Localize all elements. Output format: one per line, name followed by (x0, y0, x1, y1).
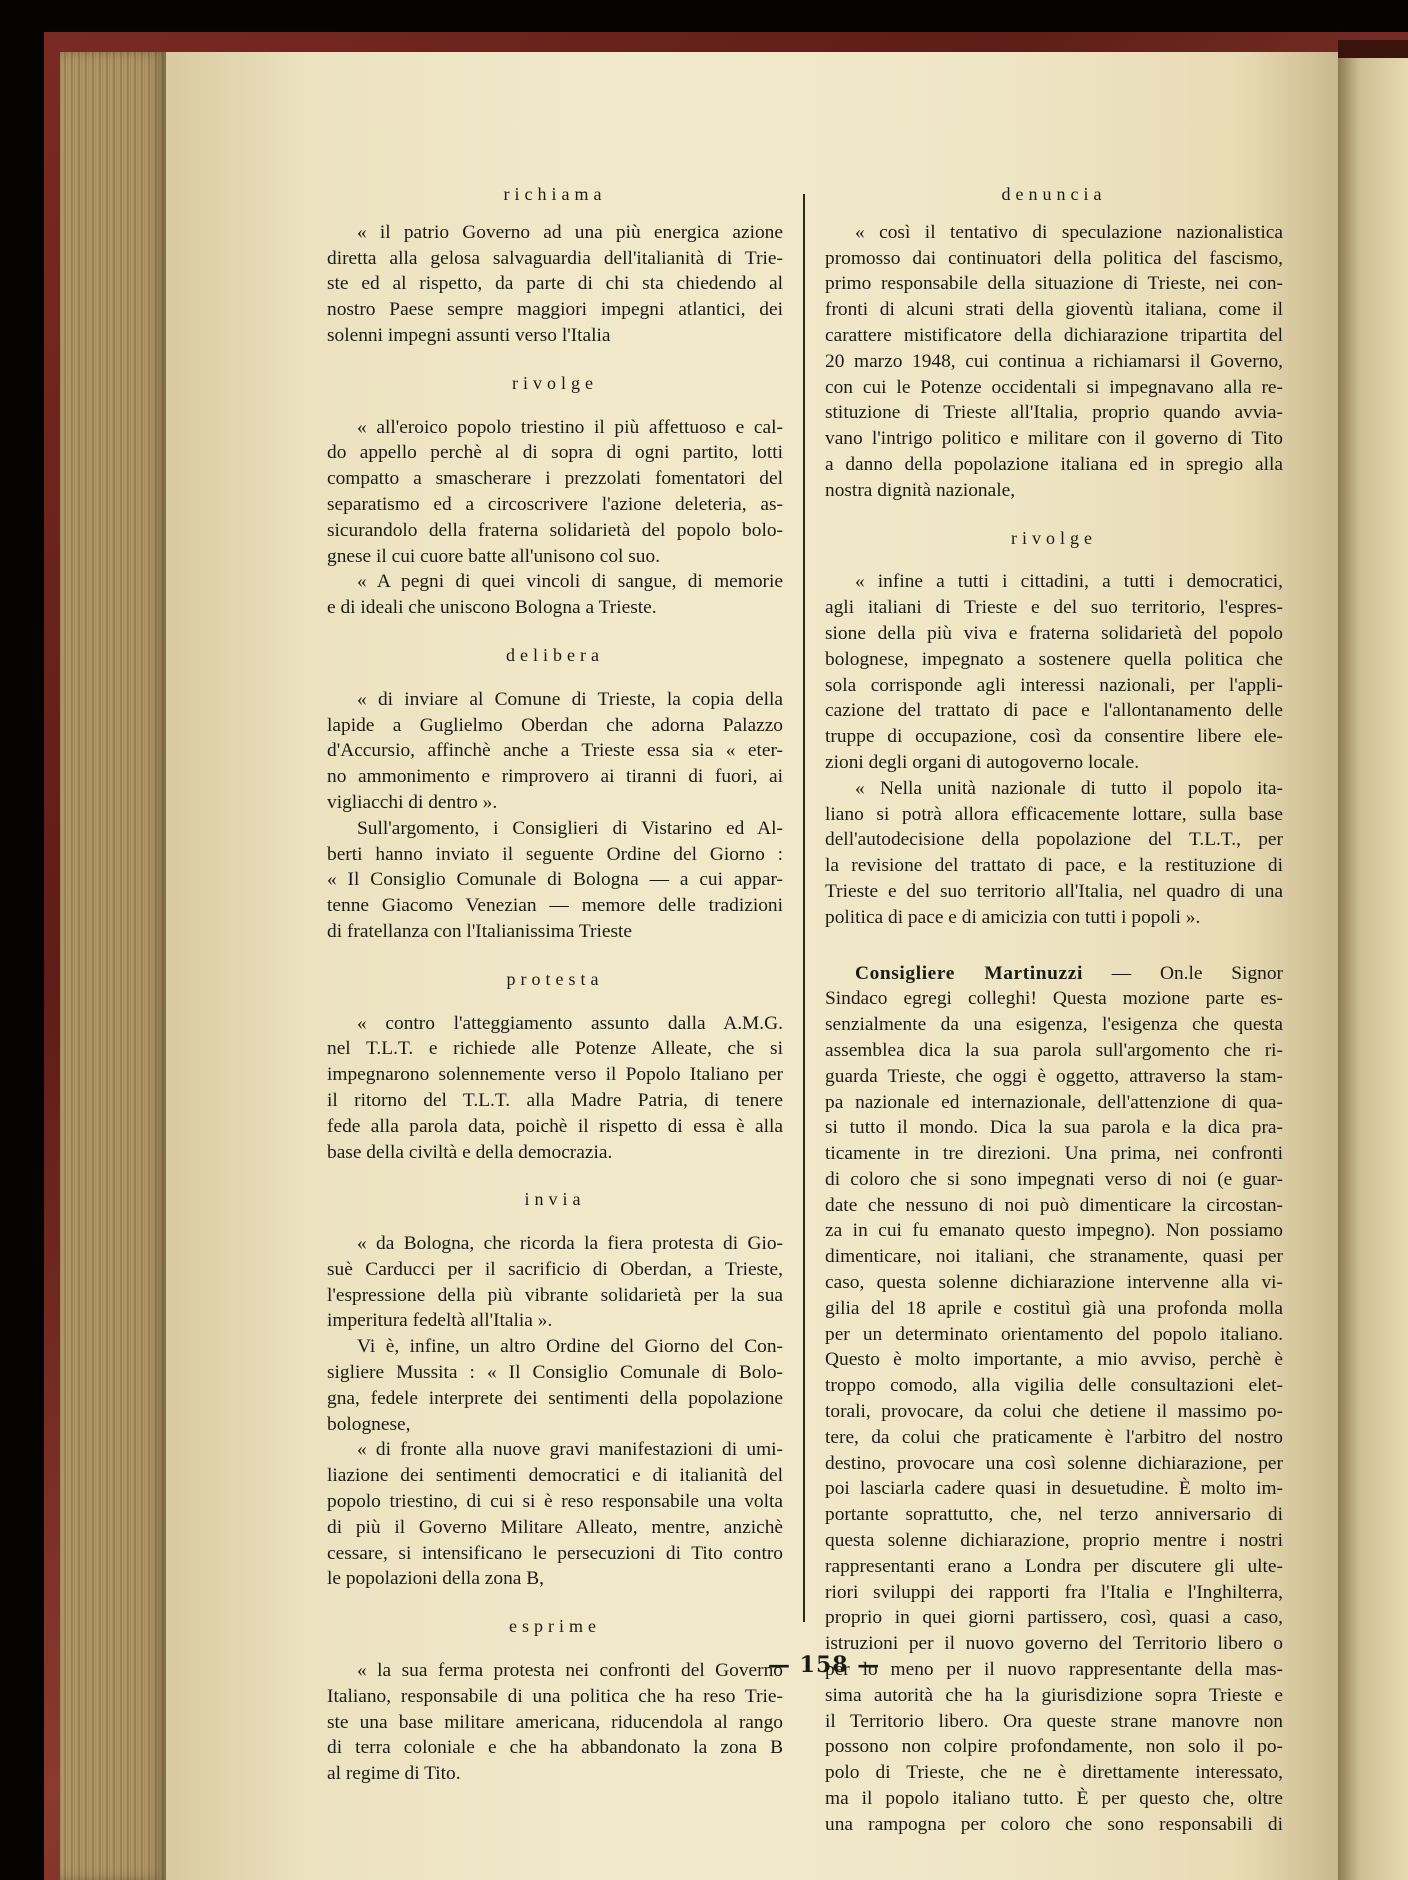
text-line: di fratellanza con l'Italianissima Tries… (327, 919, 783, 945)
text-line: una rampogna per coloro che sono respons… (825, 1812, 1283, 1838)
text-line: al regime di Tito. (327, 1761, 783, 1787)
paragraph: « Nella unità nazionale di tutto il popo… (825, 776, 1283, 931)
right-column: denuncia « così il tentativo di speculaz… (825, 182, 1283, 1838)
paragraph: « A pegni di quei vincoli di sangue, di … (327, 569, 783, 621)
text-line: possono non colpire profondamente, non s… (825, 1734, 1283, 1760)
text-line: base della civiltà e della democrazia. (327, 1140, 783, 1166)
text-line: « di inviare al Comune di Trieste, la co… (327, 687, 783, 713)
text-line: portante soprattutto, che, nel terzo ann… (825, 1502, 1283, 1528)
section-heading-invia: invia (327, 1187, 783, 1213)
text-line: con cui le Potenze occidentali si impegn… (825, 375, 1283, 401)
text-line: sigliere Mussita : « Il Consiglio Comuna… (327, 1360, 783, 1386)
text-line: questa solenne dichiarazione, proprio me… (825, 1528, 1283, 1554)
section-heading-rivolge: rivolge (327, 371, 783, 397)
text-line: le popolazioni della zona B, (327, 1566, 783, 1592)
text-line: « da Bologna, che ricorda la fiera prote… (327, 1231, 783, 1257)
text-line: zioni degli organi di autogoverno locale… (825, 750, 1283, 776)
next-page-cover-edge (1338, 40, 1408, 58)
text-line: fede alla parola data, poichè il rispett… (327, 1114, 783, 1140)
text-line: nostra dignità nazionale, (825, 478, 1283, 504)
section-heading-protesta: protesta (327, 967, 783, 993)
text-line: separatismo ed a circoscrivere l'azione … (327, 492, 783, 518)
section-heading-richiama: richiama (327, 182, 783, 208)
text-line: carattere mistificatore della dichiarazi… (825, 323, 1283, 349)
text-line: solenni impegni assunti verso l'Italia (327, 323, 783, 349)
text-line: « infine a tutti i cittadini, a tutti i … (825, 569, 1283, 595)
text-line: di terra coloniale e che ha abbandonato … (327, 1735, 783, 1761)
paragraph: « di inviare al Comune di Trieste, la co… (327, 687, 783, 816)
text-line: dell'autodecisione della popolazione del… (825, 827, 1283, 853)
text-line: « contro l'atteggiamento assunto dalla A… (327, 1011, 783, 1037)
text-line: istruzioni per il nuovo governo del Terr… (825, 1631, 1283, 1657)
paragraph: « contro l'atteggiamento assunto dalla A… (327, 1011, 783, 1166)
column-divider (803, 194, 805, 1622)
text-line: « Nella unità nazionale di tutto il popo… (825, 776, 1283, 802)
text-line: compatto a smascherare i prezzolati fome… (327, 466, 783, 492)
text-line: promosso dai continuatori della politica… (825, 246, 1283, 272)
text-line: tenne Giacomo Venezian — memore delle tr… (327, 893, 783, 919)
text-line: « la sua ferma protesta nei confronti de… (327, 1658, 783, 1684)
text-line: guarda Trieste, che oggi è oggetto, attr… (825, 1064, 1283, 1090)
text-line: popolo triestino, di cui si è reso respo… (327, 1489, 783, 1515)
text-line: diretta alla gelosa salvaguardia dell'it… (327, 246, 783, 272)
paragraph: « così il tentativo di speculazione nazi… (825, 220, 1283, 504)
text-line: d'Accursio, affinchè anche a Trieste ess… (327, 738, 783, 764)
text-line: sima autorità che ha la giurisdizione so… (825, 1683, 1283, 1709)
text-line: destino, provocare una così solenne dich… (825, 1451, 1283, 1477)
text-line: Sindaco egregi colleghi! Questa mozione … (825, 986, 1283, 1012)
text-line: sola corrisponde agli interessi nazional… (825, 673, 1283, 699)
text-line: truppe di occupazione, così da consentir… (825, 724, 1283, 750)
text-line: cessare, si intensificano le persecuzion… (327, 1541, 783, 1567)
text-line: l'espressione della più vibrante solidar… (327, 1283, 783, 1309)
text-line: « Il Consiglio Comunale di Bologna — a c… (327, 867, 783, 893)
page-edges (60, 52, 166, 1880)
text-line: gna, fedele interprete dei sentimenti de… (327, 1386, 783, 1412)
text-line: za in cui fu emanato questo impegno). No… (825, 1218, 1283, 1244)
text-line: polo di Trieste, che ne è direttamente i… (825, 1760, 1283, 1786)
text-line: Questo è molto importante, a mio avviso,… (825, 1347, 1283, 1373)
paragraph: « di fronte alla nuove gravi manifestazi… (327, 1437, 783, 1592)
text-line: proprio in quei giorni partissero, così,… (825, 1605, 1283, 1631)
paragraph: Sull'argomento, i Consiglieri di Vistari… (327, 816, 783, 945)
text-line: gnese il cui cuore batte all'unisono col… (327, 544, 783, 570)
text-line: « di fronte alla nuove gravi manifestazi… (327, 1437, 783, 1463)
text-line: ste una base militare americana, riducen… (327, 1710, 783, 1736)
text-line: a danno della popolazione italiana ed in… (825, 452, 1283, 478)
text-line: assemblea dica la sua parola sull'argome… (825, 1038, 1283, 1064)
text-line: bolognese, (327, 1412, 783, 1438)
text-line: tere, da colui che praticamente è l'arbi… (825, 1425, 1283, 1451)
paragraph: « infine a tutti i cittadini, a tutti i … (825, 569, 1283, 775)
speaker-name: Consigliere Martinuzzi (855, 963, 1083, 984)
text-line: poi lasciarla cadere quasi in desuetudin… (825, 1476, 1283, 1502)
text-line: senzialmente da una esigenza, l'esigenza… (825, 1012, 1283, 1038)
text-line: il ritorno del T.L.T. alla Madre Patria,… (327, 1088, 783, 1114)
paragraph: « il patrio Governo ad una più energica … (327, 220, 783, 349)
text-line: la revisione del trattato di pace, e la … (825, 853, 1283, 879)
next-page-edge (1338, 58, 1408, 1880)
text-line: impegnarono solennemente verso il Popolo… (327, 1062, 783, 1088)
paragraph: « all'eroico popolo triestino il più aff… (327, 415, 783, 570)
text-line: date che nessuno di noi può dimenticare … (825, 1193, 1283, 1219)
left-column: richiama « il patrio Governo ad una più … (327, 182, 783, 1787)
text-line: fronti di alcuni strati della gioventù i… (825, 297, 1283, 323)
speech-first-line: Consigliere Martinuzzi — On.le Signor (825, 961, 1283, 987)
text-line: pa nazionale ed internazionale, dell'att… (825, 1090, 1283, 1116)
section-heading-denuncia: denuncia (825, 182, 1283, 208)
text-line: 20 marzo 1948, cui continua a richiamars… (825, 349, 1283, 375)
paragraph: « la sua ferma protesta nei confronti de… (327, 1658, 783, 1787)
section-heading-delibera: delibera (327, 643, 783, 669)
text-line: per lo meno per il nuovo rappresentante … (825, 1657, 1283, 1683)
text-line: e di ideali che uniscono Bologna a Tries… (327, 595, 783, 621)
text-line: politica di pace e di amicizia con tutti… (825, 905, 1283, 931)
text-line: liano si potrà allora efficacemente lott… (825, 802, 1283, 828)
text-line: di più il Governo Militare Alleato, ment… (327, 1515, 783, 1541)
text-line: Italiano, responsabile di una politica c… (327, 1684, 783, 1710)
text-line: vigliacchi di dentro ». (327, 790, 783, 816)
text-line: lapide a Guglielmo Oberdan che adorna Pa… (327, 713, 783, 739)
section-heading-rivolge: rivolge (825, 526, 1283, 552)
text-line: si tutto il mondo. Dica la sua parola e … (825, 1115, 1283, 1141)
text-line: per un determinato orientamento del popo… (825, 1322, 1283, 1348)
text-line: Trieste e del suo territorio all'Italia,… (825, 879, 1283, 905)
text-line: ticamente in tre direzioni. Una prima, n… (825, 1141, 1283, 1167)
text-line: gilia del 18 aprile e costituì già una p… (825, 1296, 1283, 1322)
text-line: bolognese, impegnato a sostenere quella … (825, 647, 1283, 673)
text-line: il Territorio libero. Ora queste strane … (825, 1709, 1283, 1735)
text-line: sione della più viva e fraterna solidari… (825, 621, 1283, 647)
text-line: caso, questa solenne dichiarazione inter… (825, 1270, 1283, 1296)
text-line: suè Carducci per il sacrificio di Oberda… (327, 1257, 783, 1283)
text-line: cazione del trattato di pace e l'allonta… (825, 698, 1283, 724)
text-line: di coloro che si sono impegnati verso di… (825, 1167, 1283, 1193)
section-heading-esprime: esprime (327, 1614, 783, 1640)
paragraph: Sindaco egregi colleghi! Questa mozione … (825, 986, 1283, 1837)
text-line: stituzione di Trieste all'Italia, propri… (825, 400, 1283, 426)
text-line: « il patrio Governo ad una più energica … (327, 220, 783, 246)
paragraph: « da Bologna, che ricorda la fiera prote… (327, 1231, 783, 1334)
text-line: nel T.L.T. e richiede alle Potenze Allea… (327, 1036, 783, 1062)
text-line: primo responsabile della situazione di T… (825, 271, 1283, 297)
text-line: « A pegni di quei vincoli di sangue, di … (327, 569, 783, 595)
text-line: nostro Paese sempre maggiori impegni atl… (327, 297, 783, 323)
text-line: ma il popolo italiano tutto. È per quest… (825, 1786, 1283, 1812)
text-line: torali, provocare, da colui che detiene … (825, 1399, 1283, 1425)
text-line: vano l'intrigo politico e militare con i… (825, 426, 1283, 452)
text-line: Sull'argomento, i Consiglieri di Vistari… (327, 816, 783, 842)
text-line: rappresentanti erano a Londra per discut… (825, 1554, 1283, 1580)
text-line: « così il tentativo di speculazione nazi… (825, 220, 1283, 246)
speech-block: Consigliere Martinuzzi — On.le Signor Si… (825, 961, 1283, 1838)
text-line: riori sviluppi dei rapporti fra l'Italia… (825, 1580, 1283, 1606)
text-line: dimenticare, noi italiani, che stranamen… (825, 1244, 1283, 1270)
text-line: agli italiani di Trieste e del suo terri… (825, 595, 1283, 621)
text-line: Vi è, infine, un altro Ordine del Giorno… (327, 1334, 783, 1360)
text-line: troppo comodo, alla vigilia delle consul… (825, 1373, 1283, 1399)
page-number: — 158 — (768, 1652, 880, 1678)
paragraph: Vi è, infine, un altro Ordine del Giorno… (327, 1334, 783, 1437)
text-line: berti hanno inviato il seguente Ordine d… (327, 842, 783, 868)
text-line: liazione dei sentimenti democratici e di… (327, 1463, 783, 1489)
text-line: do appello perchè al di sopra di ogni pa… (327, 440, 783, 466)
text-line: sicurandolo della fraterna solidarietà d… (327, 518, 783, 544)
text-line: imperitura fedeltà all'Italia ». (327, 1308, 783, 1334)
text-line: no ammonimento e rimprovero ai tiranni d… (327, 764, 783, 790)
text-line: « all'eroico popolo triestino il più aff… (327, 415, 783, 441)
text-line: ste ed al rispetto, da parte di chi sta … (327, 271, 783, 297)
speech-opening: — On.le Signor (1112, 963, 1283, 984)
